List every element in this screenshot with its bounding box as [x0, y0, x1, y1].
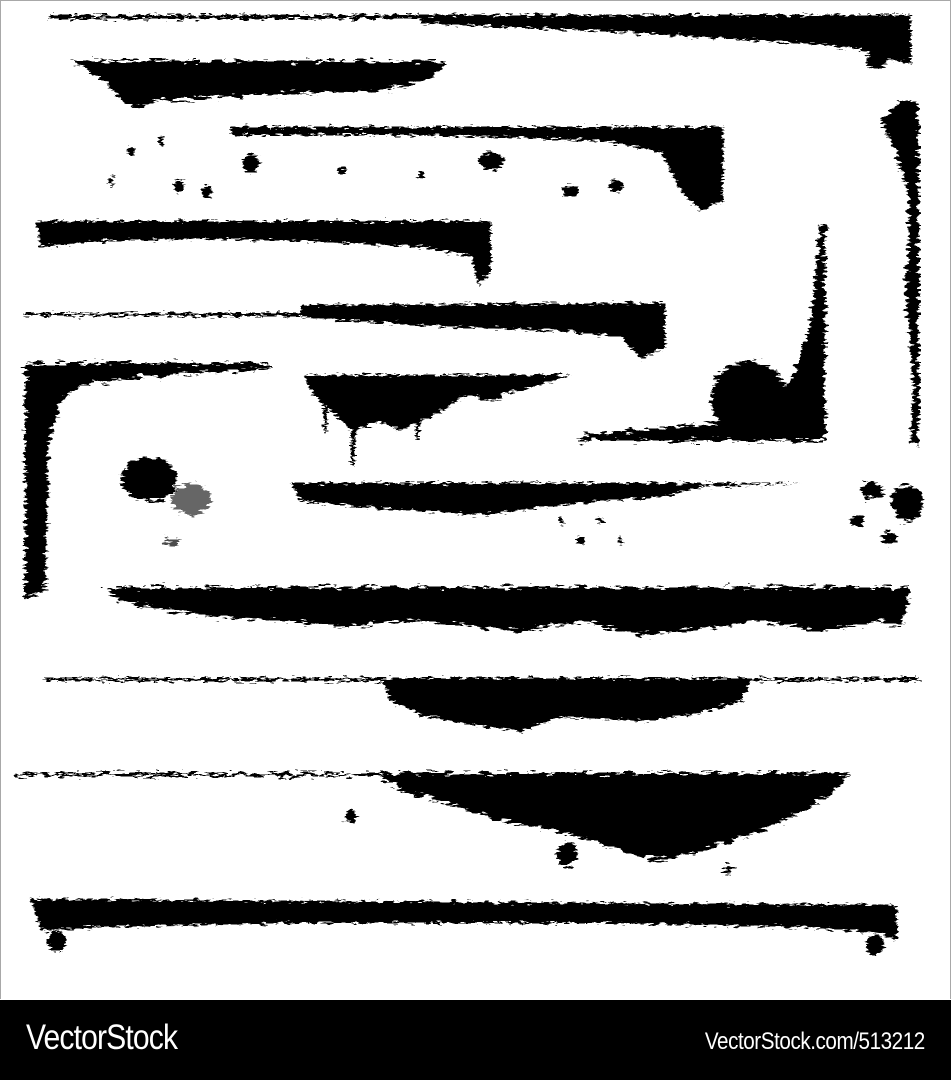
grunge-border-1 — [49, 15, 911, 69]
grunge-border-8 — [45, 678, 921, 731]
grunge-borders-artwork — [1, 1, 950, 999]
grunge-border-5 — [23, 303, 665, 359]
watermark-url: VectorStock.com/513212 — [705, 1028, 925, 1056]
ink-splat-right — [852, 482, 923, 544]
grunge-border-7 — [103, 587, 909, 635]
watermark-footer: VectorStock VectorStock.com/513212 — [0, 1000, 951, 1080]
grunge-border-9 — [15, 773, 851, 876]
grunge-vertical-border — [881, 101, 919, 447]
grunge-border-6 — [291, 483, 801, 545]
grunge-drip — [303, 375, 571, 465]
grunge-border-10 — [31, 899, 897, 955]
grunge-border-4 — [36, 221, 491, 286]
artwork-canvas — [0, 0, 951, 999]
ink-splat-left — [121, 457, 211, 545]
grunge-border-2 — [71, 61, 447, 109]
grunge-border-3 — [108, 127, 723, 211]
watermark-brand: VectorStock — [26, 1018, 177, 1058]
